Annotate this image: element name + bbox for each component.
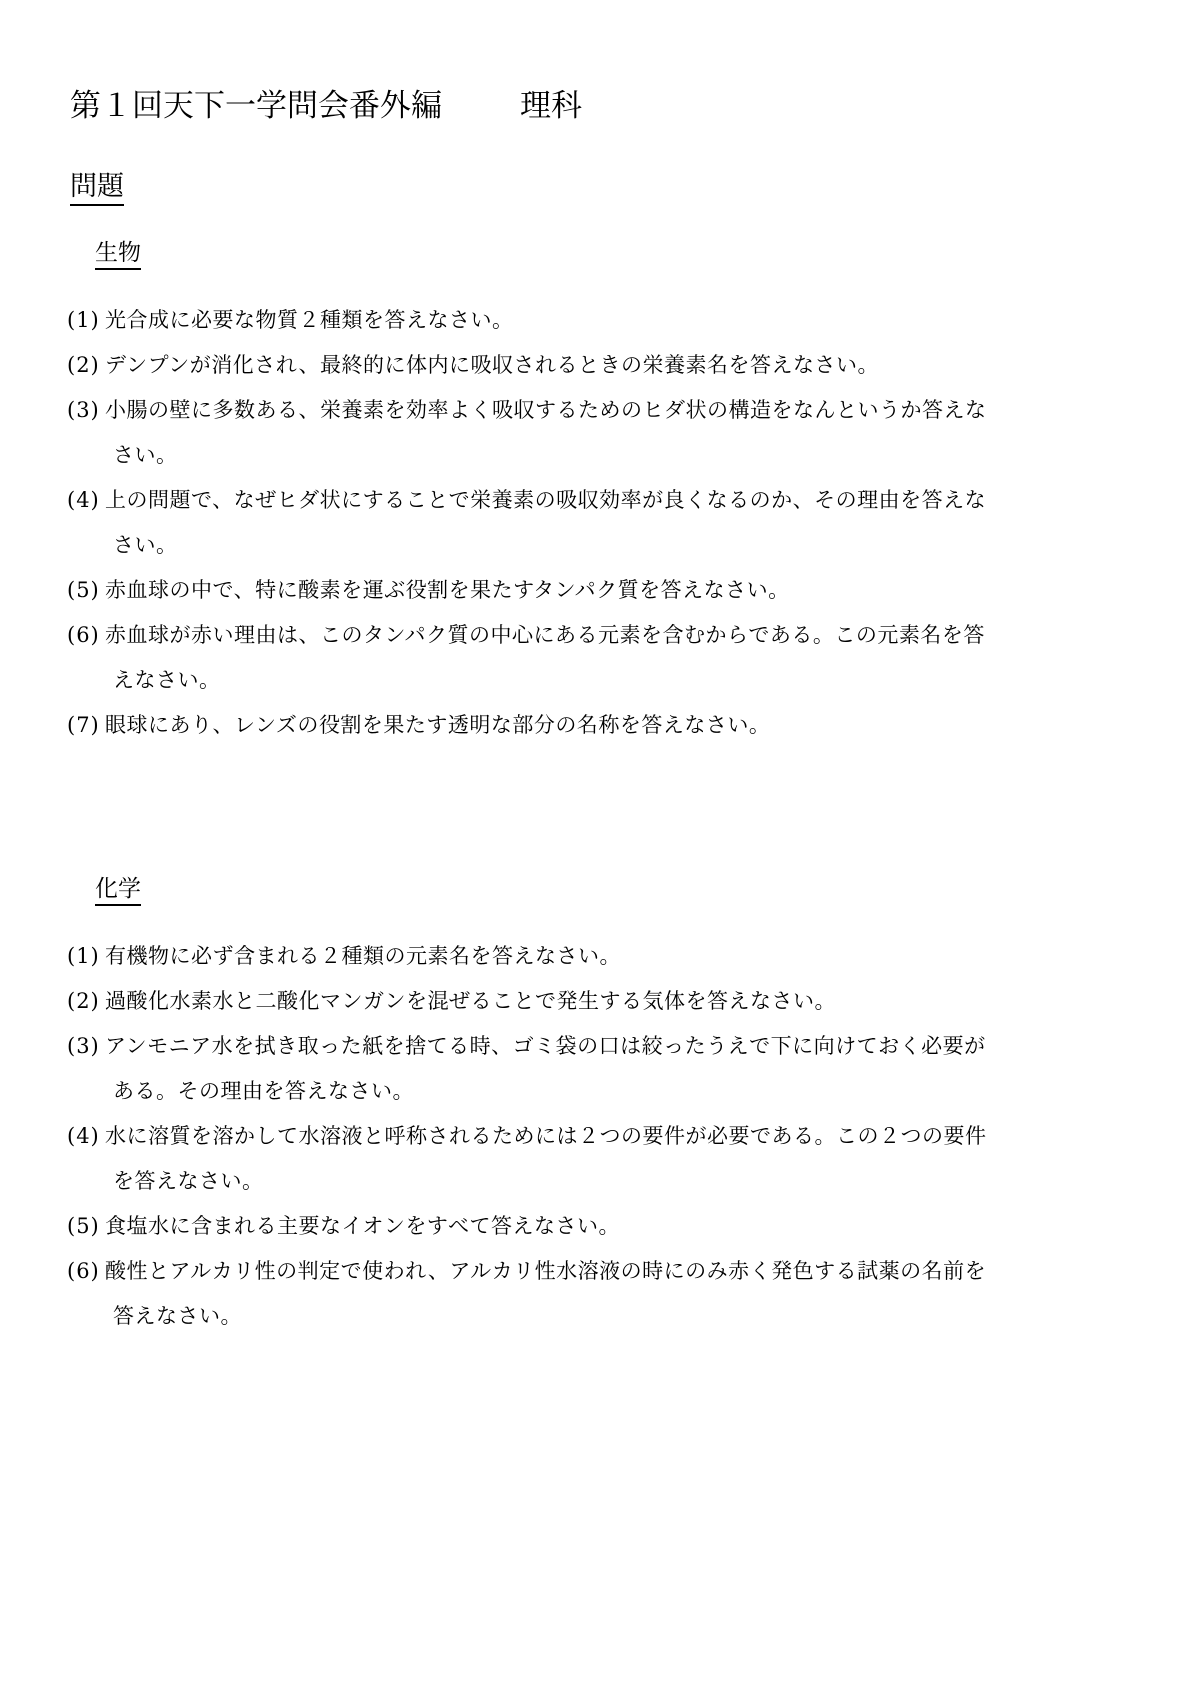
section-title-chemistry: 化学	[95, 874, 1190, 904]
question-line: 小腸の壁に多数ある、栄養素を効率よく吸収するためのヒダ状の構造をなんというか答え…	[105, 388, 1190, 433]
question-text: 水に溶質を溶かして水溶液と呼称されるためには２つの要件が必要である。この２つの要…	[105, 1114, 1190, 1204]
question-item: (6)酸性とアルカリ性の判定で使われ、アルカリ性水溶液の時にのみ赤く発色する試薬…	[0, 1249, 1190, 1339]
question-line: 赤血球が赤い理由は、このタンパク質の中心にある元素を含むからである。この元素名を…	[105, 613, 1190, 658]
section-biology: 生物(1)光合成に必要な物質２種類を答えなさい。(2)デンプンが消化され、最終的…	[0, 238, 1190, 748]
question-item: (5)赤血球の中で、特に酸素を運ぶ役割を果たすタンパク質を答えなさい。	[0, 568, 1190, 613]
question-line: 酸性とアルカリ性の判定で使われ、アルカリ性水溶液の時にのみ赤く発色する試薬の名前…	[105, 1249, 1190, 1294]
question-line: 赤血球の中で、特に酸素を運ぶ役割を果たすタンパク質を答えなさい。	[105, 568, 1190, 613]
question-text: 赤血球が赤い理由は、このタンパク質の中心にある元素を含むからである。この元素名を…	[105, 613, 1190, 703]
page-title-subject: 理科	[520, 88, 582, 124]
question-list: (1)有機物に必ず含まれる２種類の元素名を答えなさい。(2)過酸化水素水と二酸化…	[0, 934, 1190, 1339]
question-number: (1)	[67, 298, 105, 343]
question-text: 食塩水に含まれる主要なイオンをすべて答えなさい。	[105, 1204, 1190, 1249]
question-number: (5)	[67, 1204, 105, 1249]
question-item: (1)光合成に必要な物質２種類を答えなさい。	[0, 298, 1190, 343]
question-number: (1)	[67, 934, 105, 979]
question-item: (2)過酸化水素水と二酸化マンガンを混ぜることで発生する気体を答えなさい。	[0, 979, 1190, 1024]
section-title-biology: 生物	[95, 238, 1190, 268]
page-title-text: 第１回天下一学問会番外編	[70, 88, 442, 124]
section-chemistry: 化学(1)有機物に必ず含まれる２種類の元素名を答えなさい。(2)過酸化水素水と二…	[0, 874, 1190, 1339]
question-item: (6)赤血球が赤い理由は、このタンパク質の中心にある元素を含むからである。この元…	[0, 613, 1190, 703]
section-title-text: 化学	[95, 876, 141, 906]
question-item: (4)水に溶質を溶かして水溶液と呼称されるためには２つの要件が必要である。この２…	[0, 1114, 1190, 1204]
question-number: (6)	[67, 1249, 105, 1294]
question-line: アンモニア水を拭き取った紙を捨てる時、ゴミ袋の口は絞ったうえで下に向けておく必要…	[105, 1024, 1190, 1069]
question-line: 食塩水に含まれる主要なイオンをすべて答えなさい。	[105, 1204, 1190, 1249]
question-text: 眼球にあり、レンズの役割を果たす透明な部分の名称を答えなさい。	[105, 703, 1190, 748]
question-item: (1)有機物に必ず含まれる２種類の元素名を答えなさい。	[0, 934, 1190, 979]
question-item: (5)食塩水に含まれる主要なイオンをすべて答えなさい。	[0, 1204, 1190, 1249]
question-line: 上の問題で、なぜヒダ状にすることで栄養素の吸収効率が良くなるのか、その理由を答え…	[105, 478, 1190, 523]
question-line: デンプンが消化され、最終的に体内に吸収されるときの栄養素名を答えなさい。	[105, 343, 1190, 388]
question-number: (2)	[67, 979, 105, 1024]
question-number: (6)	[67, 613, 105, 658]
question-sections: 生物(1)光合成に必要な物質２種類を答えなさい。(2)デンプンが消化され、最終的…	[0, 238, 1190, 1339]
question-number: (2)	[67, 343, 105, 388]
question-item: (3)アンモニア水を拭き取った紙を捨てる時、ゴミ袋の口は絞ったうえで下に向けてお…	[0, 1024, 1190, 1114]
question-line: 答えなさい。	[113, 1294, 1190, 1339]
question-text: 酸性とアルカリ性の判定で使われ、アルカリ性水溶液の時にのみ赤く発色する試薬の名前…	[105, 1249, 1190, 1339]
question-item: (2)デンプンが消化され、最終的に体内に吸収されるときの栄養素名を答えなさい。	[0, 343, 1190, 388]
question-text: 赤血球の中で、特に酸素を運ぶ役割を果たすタンパク質を答えなさい。	[105, 568, 1190, 613]
question-text: デンプンが消化され、最終的に体内に吸収されるときの栄養素名を答えなさい。	[105, 343, 1190, 388]
question-number: (3)	[67, 388, 105, 433]
question-line: を答えなさい。	[113, 1159, 1190, 1204]
page-title: 第１回天下一学問会番外編理科	[70, 86, 1190, 126]
question-number: (7)	[67, 703, 105, 748]
question-text: 上の問題で、なぜヒダ状にすることで栄養素の吸収効率が良くなるのか、その理由を答え…	[105, 478, 1190, 568]
question-line: 水に溶質を溶かして水溶液と呼称されるためには２つの要件が必要である。この２つの要…	[105, 1114, 1190, 1159]
question-number: (3)	[67, 1024, 105, 1069]
question-list: (1)光合成に必要な物質２種類を答えなさい。(2)デンプンが消化され、最終的に体…	[0, 298, 1190, 748]
section-title-text: 生物	[95, 240, 141, 270]
question-text: 光合成に必要な物質２種類を答えなさい。	[105, 298, 1190, 343]
question-number: (4)	[67, 1114, 105, 1159]
question-item: (3)小腸の壁に多数ある、栄養素を効率よく吸収するためのヒダ状の構造をなんという…	[0, 388, 1190, 478]
question-text: 小腸の壁に多数ある、栄養素を効率よく吸収するためのヒダ状の構造をなんというか答え…	[105, 388, 1190, 478]
heading-problems: 問題	[70, 170, 1190, 204]
question-line: えなさい。	[113, 658, 1190, 703]
question-line: さい。	[113, 433, 1190, 478]
question-text: アンモニア水を拭き取った紙を捨てる時、ゴミ袋の口は絞ったうえで下に向けておく必要…	[105, 1024, 1190, 1114]
question-item: (4)上の問題で、なぜヒダ状にすることで栄養素の吸収効率が良くなるのか、その理由…	[0, 478, 1190, 568]
document-page: 第１回天下一学問会番外編理科 問題 生物(1)光合成に必要な物質２種類を答えなさ…	[0, 0, 1190, 1683]
question-number: (4)	[67, 478, 105, 523]
question-line: さい。	[113, 523, 1190, 568]
question-line: 眼球にあり、レンズの役割を果たす透明な部分の名称を答えなさい。	[105, 703, 1190, 748]
question-line: 過酸化水素水と二酸化マンガンを混ぜることで発生する気体を答えなさい。	[105, 979, 1190, 1024]
question-line: 有機物に必ず含まれる２種類の元素名を答えなさい。	[105, 934, 1190, 979]
heading-problems-text: 問題	[70, 171, 124, 206]
question-number: (5)	[67, 568, 105, 613]
question-text: 有機物に必ず含まれる２種類の元素名を答えなさい。	[105, 934, 1190, 979]
question-line: 光合成に必要な物質２種類を答えなさい。	[105, 298, 1190, 343]
question-line: ある。その理由を答えなさい。	[113, 1069, 1190, 1114]
question-item: (7)眼球にあり、レンズの役割を果たす透明な部分の名称を答えなさい。	[0, 703, 1190, 748]
question-text: 過酸化水素水と二酸化マンガンを混ぜることで発生する気体を答えなさい。	[105, 979, 1190, 1024]
